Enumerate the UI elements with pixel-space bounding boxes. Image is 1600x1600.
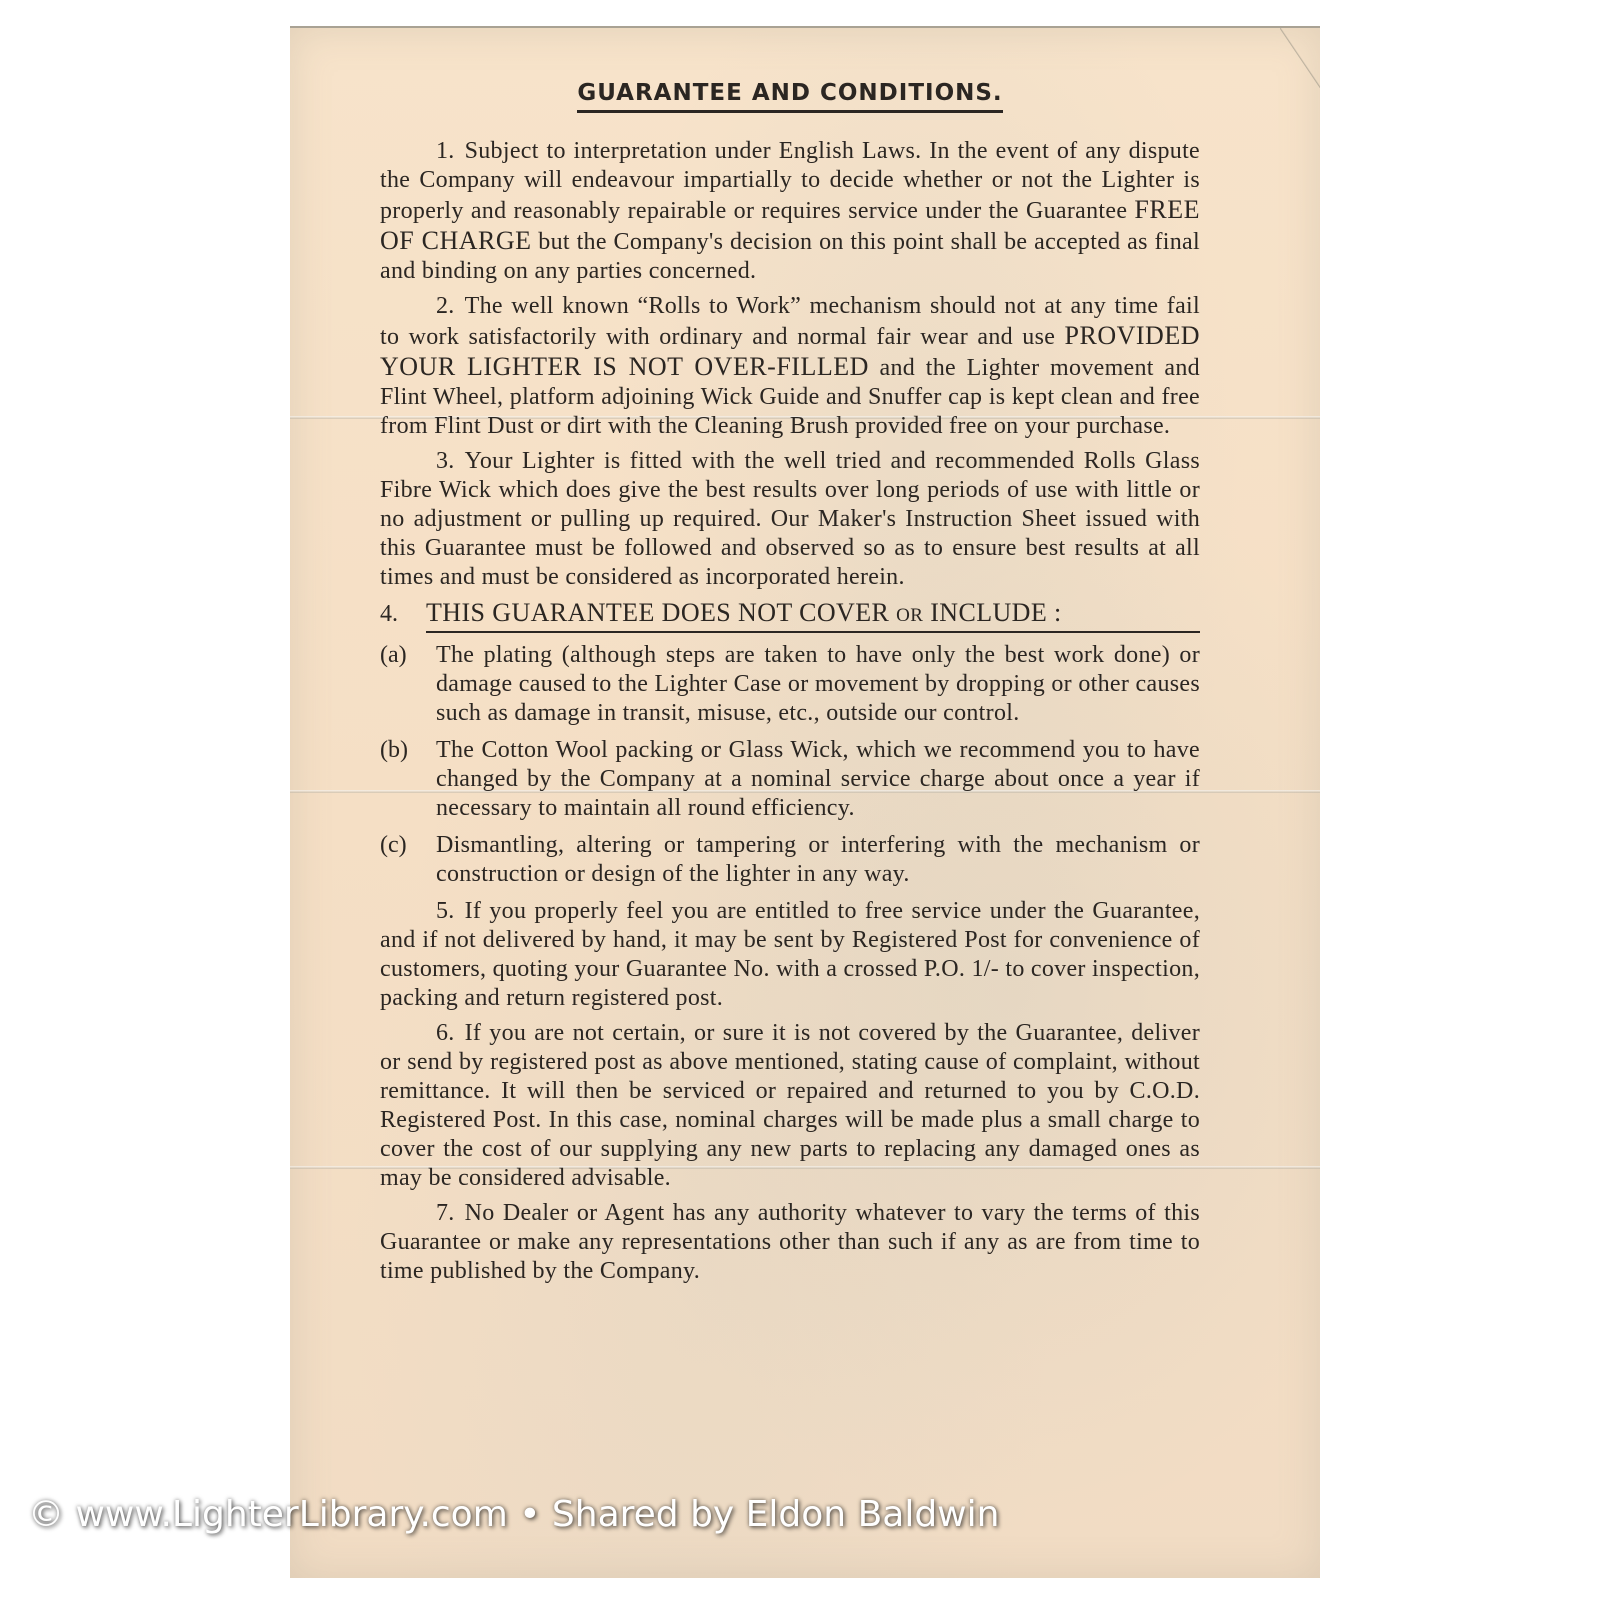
exclusion-item: (a)The plating (although steps are taken… bbox=[380, 641, 1200, 728]
section-4-heading: 4. THIS GUARANTEE DOES NOT COVER OR INCL… bbox=[380, 598, 1200, 633]
section-number: 1. bbox=[436, 138, 455, 164]
section-text: If you are not certain, or sure it is no… bbox=[380, 1020, 1200, 1191]
exclusion-label: (a) bbox=[380, 641, 436, 728]
section-number: 5. bbox=[436, 898, 455, 924]
heading-part: INCLUDE : bbox=[923, 598, 1061, 627]
copyright-watermark: © www.LighterLibrary.com • Shared by Eld… bbox=[28, 1494, 999, 1535]
section-text: Your Lighter is fitted with the well tri… bbox=[380, 448, 1200, 590]
exclusion-item: (b)The Cotton Wool packing or Glass Wick… bbox=[380, 736, 1200, 823]
section-number: 2. bbox=[436, 293, 455, 319]
section-paragraph: 5.If you properly feel you are entitled … bbox=[380, 897, 1200, 1013]
heading-part: THIS GUARANTEE DOES NOT COVER bbox=[426, 598, 896, 627]
section-paragraph: 3.Your Lighter is fitted with the well t… bbox=[380, 447, 1200, 592]
section-text: No Dealer or Agent has any authority wha… bbox=[380, 1200, 1200, 1284]
section-number: 6. bbox=[436, 1020, 455, 1046]
section-paragraph: 6.If you are not certain, or sure it is … bbox=[380, 1019, 1200, 1193]
document-body: GUARANTEE AND CONDITIONS. 1.Subject to i… bbox=[380, 80, 1200, 1292]
document-title: GUARANTEE AND CONDITIONS. bbox=[380, 80, 1200, 113]
section-number: 7. bbox=[436, 1200, 455, 1226]
section-4-heading-text: THIS GUARANTEE DOES NOT COVER OR INCLUDE… bbox=[426, 598, 1200, 633]
exclusion-label: (b) bbox=[380, 736, 436, 823]
section-number: 4. bbox=[380, 601, 426, 628]
sections-1-to-3: 1.Subject to interpretation under Englis… bbox=[380, 137, 1200, 592]
paper-corner-crease bbox=[1280, 28, 1320, 88]
heading-part: OR bbox=[896, 605, 923, 626]
section-paragraph: 1.Subject to interpretation under Englis… bbox=[380, 137, 1200, 286]
exclusion-text: The Cotton Wool packing or Glass Wick, w… bbox=[436, 736, 1200, 823]
exclusion-text: The plating (although steps are taken to… bbox=[436, 641, 1200, 728]
section-4-exclusions: (a)The plating (although steps are taken… bbox=[380, 641, 1200, 889]
section-paragraph: 7.No Dealer or Agent has any authority w… bbox=[380, 1199, 1200, 1286]
exclusion-text: Dismantling, altering or tampering or in… bbox=[436, 831, 1200, 889]
document-title-text: GUARANTEE AND CONDITIONS. bbox=[577, 80, 1002, 113]
section-text: If you properly feel you are entitled to… bbox=[380, 898, 1200, 1011]
exclusion-label: (c) bbox=[380, 831, 436, 889]
section-paragraph: 2.The well known “Rolls to Work” mechani… bbox=[380, 292, 1200, 441]
sections-5-to-7: 5.If you properly feel you are entitled … bbox=[380, 897, 1200, 1286]
section-number: 3. bbox=[436, 448, 455, 474]
section-text: Subject to interpretation under English … bbox=[380, 138, 1200, 224]
exclusion-item: (c)Dismantling, altering or tampering or… bbox=[380, 831, 1200, 889]
